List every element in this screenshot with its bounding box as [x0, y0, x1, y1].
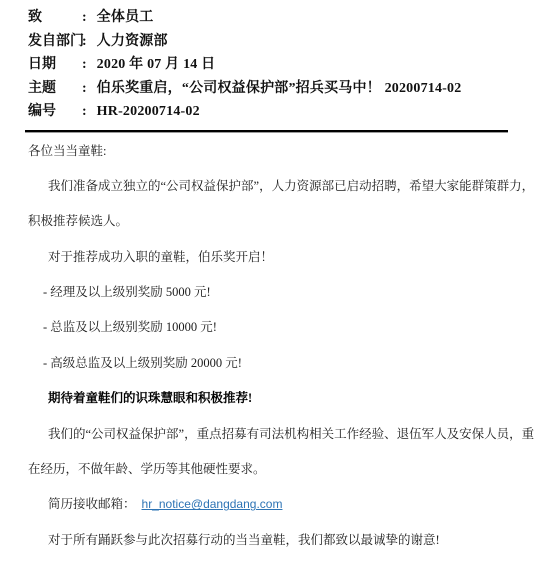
field-value-subject: 伯乐奖重启，“公司权益保护部”招兵买马中！ 20200714-02	[97, 77, 537, 101]
email-link[interactable]: hr_notice@dangdang.com	[142, 497, 283, 511]
field-colon: :	[82, 53, 97, 77]
field-label-from-dept: 发自部门	[28, 30, 82, 54]
memo-page: 致 : 全体员工 发自部门 : 人力资源部 日期 : 2020 年 07 月 1…	[0, 0, 557, 569]
divider-rule	[25, 130, 508, 133]
paragraph-intro-line-2: 积极推荐候选人。	[28, 204, 537, 239]
bullet-item-manager: - 经理及以上级别奖励 5000 元!	[28, 275, 537, 310]
field-colon: :	[82, 77, 97, 101]
field-label-number: 编号	[28, 100, 82, 124]
paragraph-recruit-line-2: 在经历，不做年龄、学历等其他硬性要求。	[28, 452, 537, 487]
field-colon: :	[82, 6, 97, 30]
field-label-date: 日期	[28, 53, 82, 77]
header-row-subject: 主题 : 伯乐奖重启，“公司权益保护部”招兵买马中！ 20200714-02	[28, 77, 537, 101]
field-label-to: 致	[28, 6, 82, 30]
paragraph-recruit-line-1: 我们的“公司权益保护部”，重点招募有司法机构相关工作经验、退伍军人及安保人员，重	[28, 417, 537, 452]
bullet-item-senior-director: - 高级总监及以上级别奖励 20000 元!	[28, 346, 537, 381]
field-value-to: 全体员工	[97, 6, 537, 30]
paragraph-intro-line-1: 我们准备成立独立的“公司权益保护部”，人力资源部已启动招聘，希望大家能群策群力，	[28, 169, 537, 204]
email-label: 简历接收邮箱：	[48, 497, 142, 511]
field-colon: :	[82, 30, 97, 54]
bullet-item-director: - 总监及以上级别奖励 10000 元!	[28, 310, 537, 345]
emphasis-line: 期待着童鞋们的识珠慧眼和积极推荐!	[28, 381, 537, 416]
field-value-from-dept: 人力资源部	[97, 30, 537, 54]
salutation: 各位当当童鞋:	[28, 134, 537, 169]
header-row-to: 致 : 全体员工	[28, 6, 537, 30]
header-row-number: 编号 : HR-20200714-02	[28, 100, 537, 124]
field-label-subject: 主题	[28, 77, 82, 101]
closing-line: 对于所有踊跃参与此次招募行动的当当童鞋，我们都致以最诚挚的谢意!	[28, 523, 537, 558]
field-colon: :	[82, 100, 97, 124]
memo-header: 致 : 全体员工 发自部门 : 人力资源部 日期 : 2020 年 07 月 1…	[28, 6, 537, 124]
field-value-date: 2020 年 07 月 14 日	[97, 53, 537, 77]
header-row-from-dept: 发自部门 : 人力资源部	[28, 30, 537, 54]
header-row-date: 日期 : 2020 年 07 月 14 日	[28, 53, 537, 77]
email-line: 简历接收邮箱：hr_notice@dangdang.com	[28, 487, 537, 522]
paragraph-award: 对于推荐成功入职的童鞋，伯乐奖开启！	[28, 240, 537, 275]
field-value-number: HR-20200714-02	[97, 100, 537, 124]
memo-body: 各位当当童鞋: 我们准备成立独立的“公司权益保护部”，人力资源部已启动招聘，希望…	[28, 134, 537, 559]
